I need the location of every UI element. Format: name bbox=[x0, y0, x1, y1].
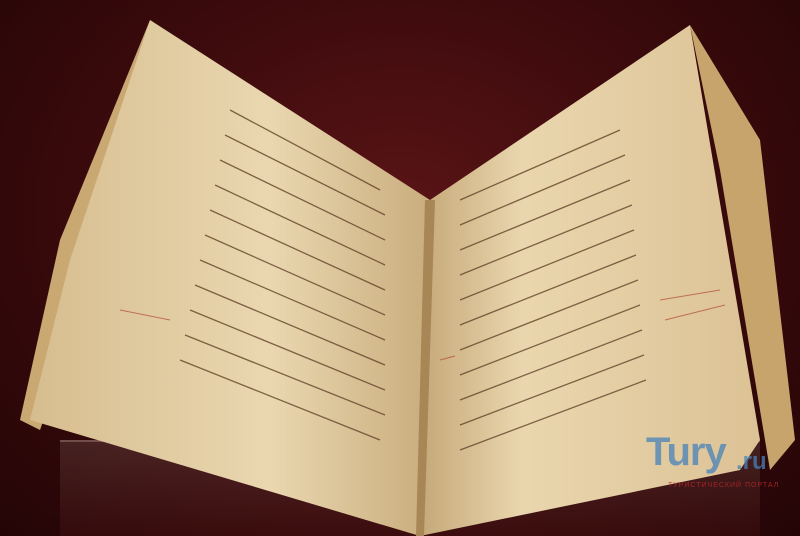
watermark-tld: .ru bbox=[736, 448, 767, 476]
watermark-tagline: ТУРИСТИЧЕСКИЙ ПОРТАЛ bbox=[668, 482, 779, 489]
watermark: Tury .ru ТУРИСТИЧЕСКИЙ ПОРТАЛ bbox=[640, 430, 790, 500]
photo-scene: Tury .ru ТУРИСТИЧЕСКИЙ ПОРТАЛ Open antiq… bbox=[0, 0, 800, 536]
watermark-logo: Tury bbox=[646, 430, 726, 475]
